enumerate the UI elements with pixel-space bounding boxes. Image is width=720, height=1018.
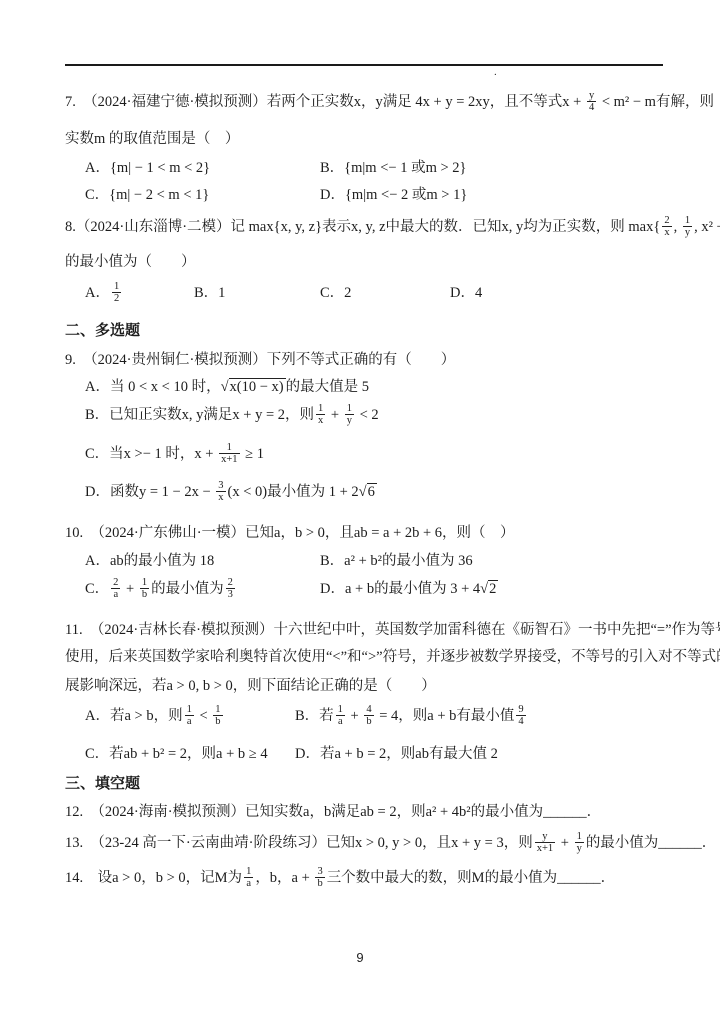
question-11-line-2: 使用，后来英国数学家哈利奥特首次使用“<”和“>”符号，并逐步被数学界接受，不等… [65,642,720,672]
question-8-options: A．12B．1C．2D．4 [65,278,482,308]
option-9-a: A．当 0 < x < 10 时，√x(10 − x)的最大值是 5 [65,372,369,402]
question-12: 12. （2024·海南·模拟预测）已知实数a，b满足ab = 2，则a² + … [65,797,601,827]
document-page: . 7. （2024·福建宁德·模拟预测）若两个正实数x，y满足 4x + y … [0,0,720,1018]
question-11-options-cd: C．若ab + b² = 2，则a + b ≥ 4D．若a + b = 2，则a… [65,739,498,769]
square-root: √x(10 − x) [221,379,286,395]
fraction: yx+1 [535,831,555,855]
question-10-stem: 10. （2024·广东佛山·一模）已知a，b > 0，且ab = a + 2b… [65,518,515,548]
section-header-multiple-choice: 二、多选题 [65,316,140,346]
option-8-b: B．1 [194,278,320,308]
fraction: 23 [226,577,235,601]
option-7-d: D．{m|m <− 2 或m > 1} [320,180,467,210]
question-9-stem: 9. （2024·贵州铜仁·模拟预测）下列不等式正确的有（ ） [65,345,455,375]
option-7-a: A．{m| − 1 < m < 2} [85,153,320,183]
option-10-b: B．a² + b²的最小值为 36 [320,546,473,576]
section-header-fill-in-blank: 三、填空题 [65,769,140,799]
question-10-options-ab: A．ab的最小值为 18B．a² + b²的最小值为 36 [65,546,473,576]
question-10-options-cd: C．2a + 1b的最小值为23D．a + b的最小值为 3 + 4√2 [65,574,498,604]
option-9-b: B．已知正实数x, y满足x + y = 2，则1x + 1y < 2 [65,400,379,430]
fraction: 1y [345,403,354,427]
question-14: 14. 设a > 0，b > 0，记M为1a，b，a + 3b三个数中最大的数，… [65,863,615,893]
question-7-options-ab: A．{m| − 1 < m < 2}B．{m|m <− 1 或m > 2} [65,153,467,183]
fraction: 4b [364,704,373,728]
question-11-line-3: 展影响深远，若a > 0, b > 0，则下面结论正确的是（ ） [65,671,436,701]
fraction: 1y [575,831,584,855]
question-7-options-cd: C．{m| − 2 < m < 1}D．{m|m <− 2 或m > 1} [65,180,467,210]
fraction: 1b [213,704,222,728]
fraction: y4 [587,90,596,114]
fraction: 1a [185,704,194,728]
question-7-line-1: 7. （2024·福建宁德·模拟预测）若两个正实数x，y满足 4x + y = … [65,87,714,117]
option-8-a: A．12 [85,278,194,308]
question-13: 13. （23-24 高一下·云南曲靖·阶段练习）已知x > 0, y > 0，… [65,828,716,858]
option-10-a: A．ab的最小值为 18 [85,546,320,576]
fraction: 1b [140,577,149,601]
square-root: √2 [480,581,498,597]
option-7-c: C．{m| − 2 < m < 1} [85,180,320,210]
fraction: 3b [315,866,324,890]
fraction: 1x+1 [219,442,239,466]
option-11-b: B．若1a + 4b = 4，则a + b有最小值94 [295,701,528,731]
fraction: 1a [244,866,253,890]
square-root: √6 [359,484,377,500]
option-11-d: D．若a + b = 2，则ab有最大值 2 [295,739,498,769]
option-11-a: A．若a > b，则1a < 1b [85,701,295,731]
question-8-line-1: 8.（2024·山东淄博·二模）记 max{x, y, z}表示x, y, z中… [65,212,720,242]
question-8-line-2: 的最小值为（ ） [65,247,196,277]
question-11-line-1: 11. （2024·吉林长春·模拟预测）十六世纪中叶，英国数学加雷科德在《砺智石… [65,615,720,645]
option-8-c: C．2 [320,278,450,308]
page-number: 9 [0,950,720,965]
option-9-d: D．函数y = 1 − 2x − 3x(x < 0)最小值为 1 + 2√6 [65,477,377,507]
option-10-c: C．2a + 1b的最小值为23 [85,574,320,604]
fraction: 1x [316,403,325,427]
fraction: 12 [112,281,121,305]
option-11-c: C．若ab + b² = 2，则a + b ≥ 4 [85,739,295,769]
fraction: 2x [662,215,671,239]
question-11-options-ab: A．若a > b，则1a < 1bB．若1a + 4b = 4，则a + b有最… [65,701,528,731]
fraction: 2a [111,577,120,601]
top-rule [65,64,663,66]
option-9-c: C．当x >− 1 时，x + 1x+1 ≥ 1 [65,439,264,469]
fraction: 3x [216,480,225,504]
option-8-d: D．4 [450,278,482,308]
fraction: 1a [336,704,345,728]
option-7-b: B．{m|m <− 1 或m > 2} [320,153,467,183]
fraction: 94 [516,704,525,728]
stray-dot: . [494,66,497,78]
question-7-line-2: 实数m 的取值范围是（ ） [65,124,239,154]
fraction: 1y [683,215,692,239]
option-10-d: D．a + b的最小值为 3 + 4√2 [320,574,498,604]
